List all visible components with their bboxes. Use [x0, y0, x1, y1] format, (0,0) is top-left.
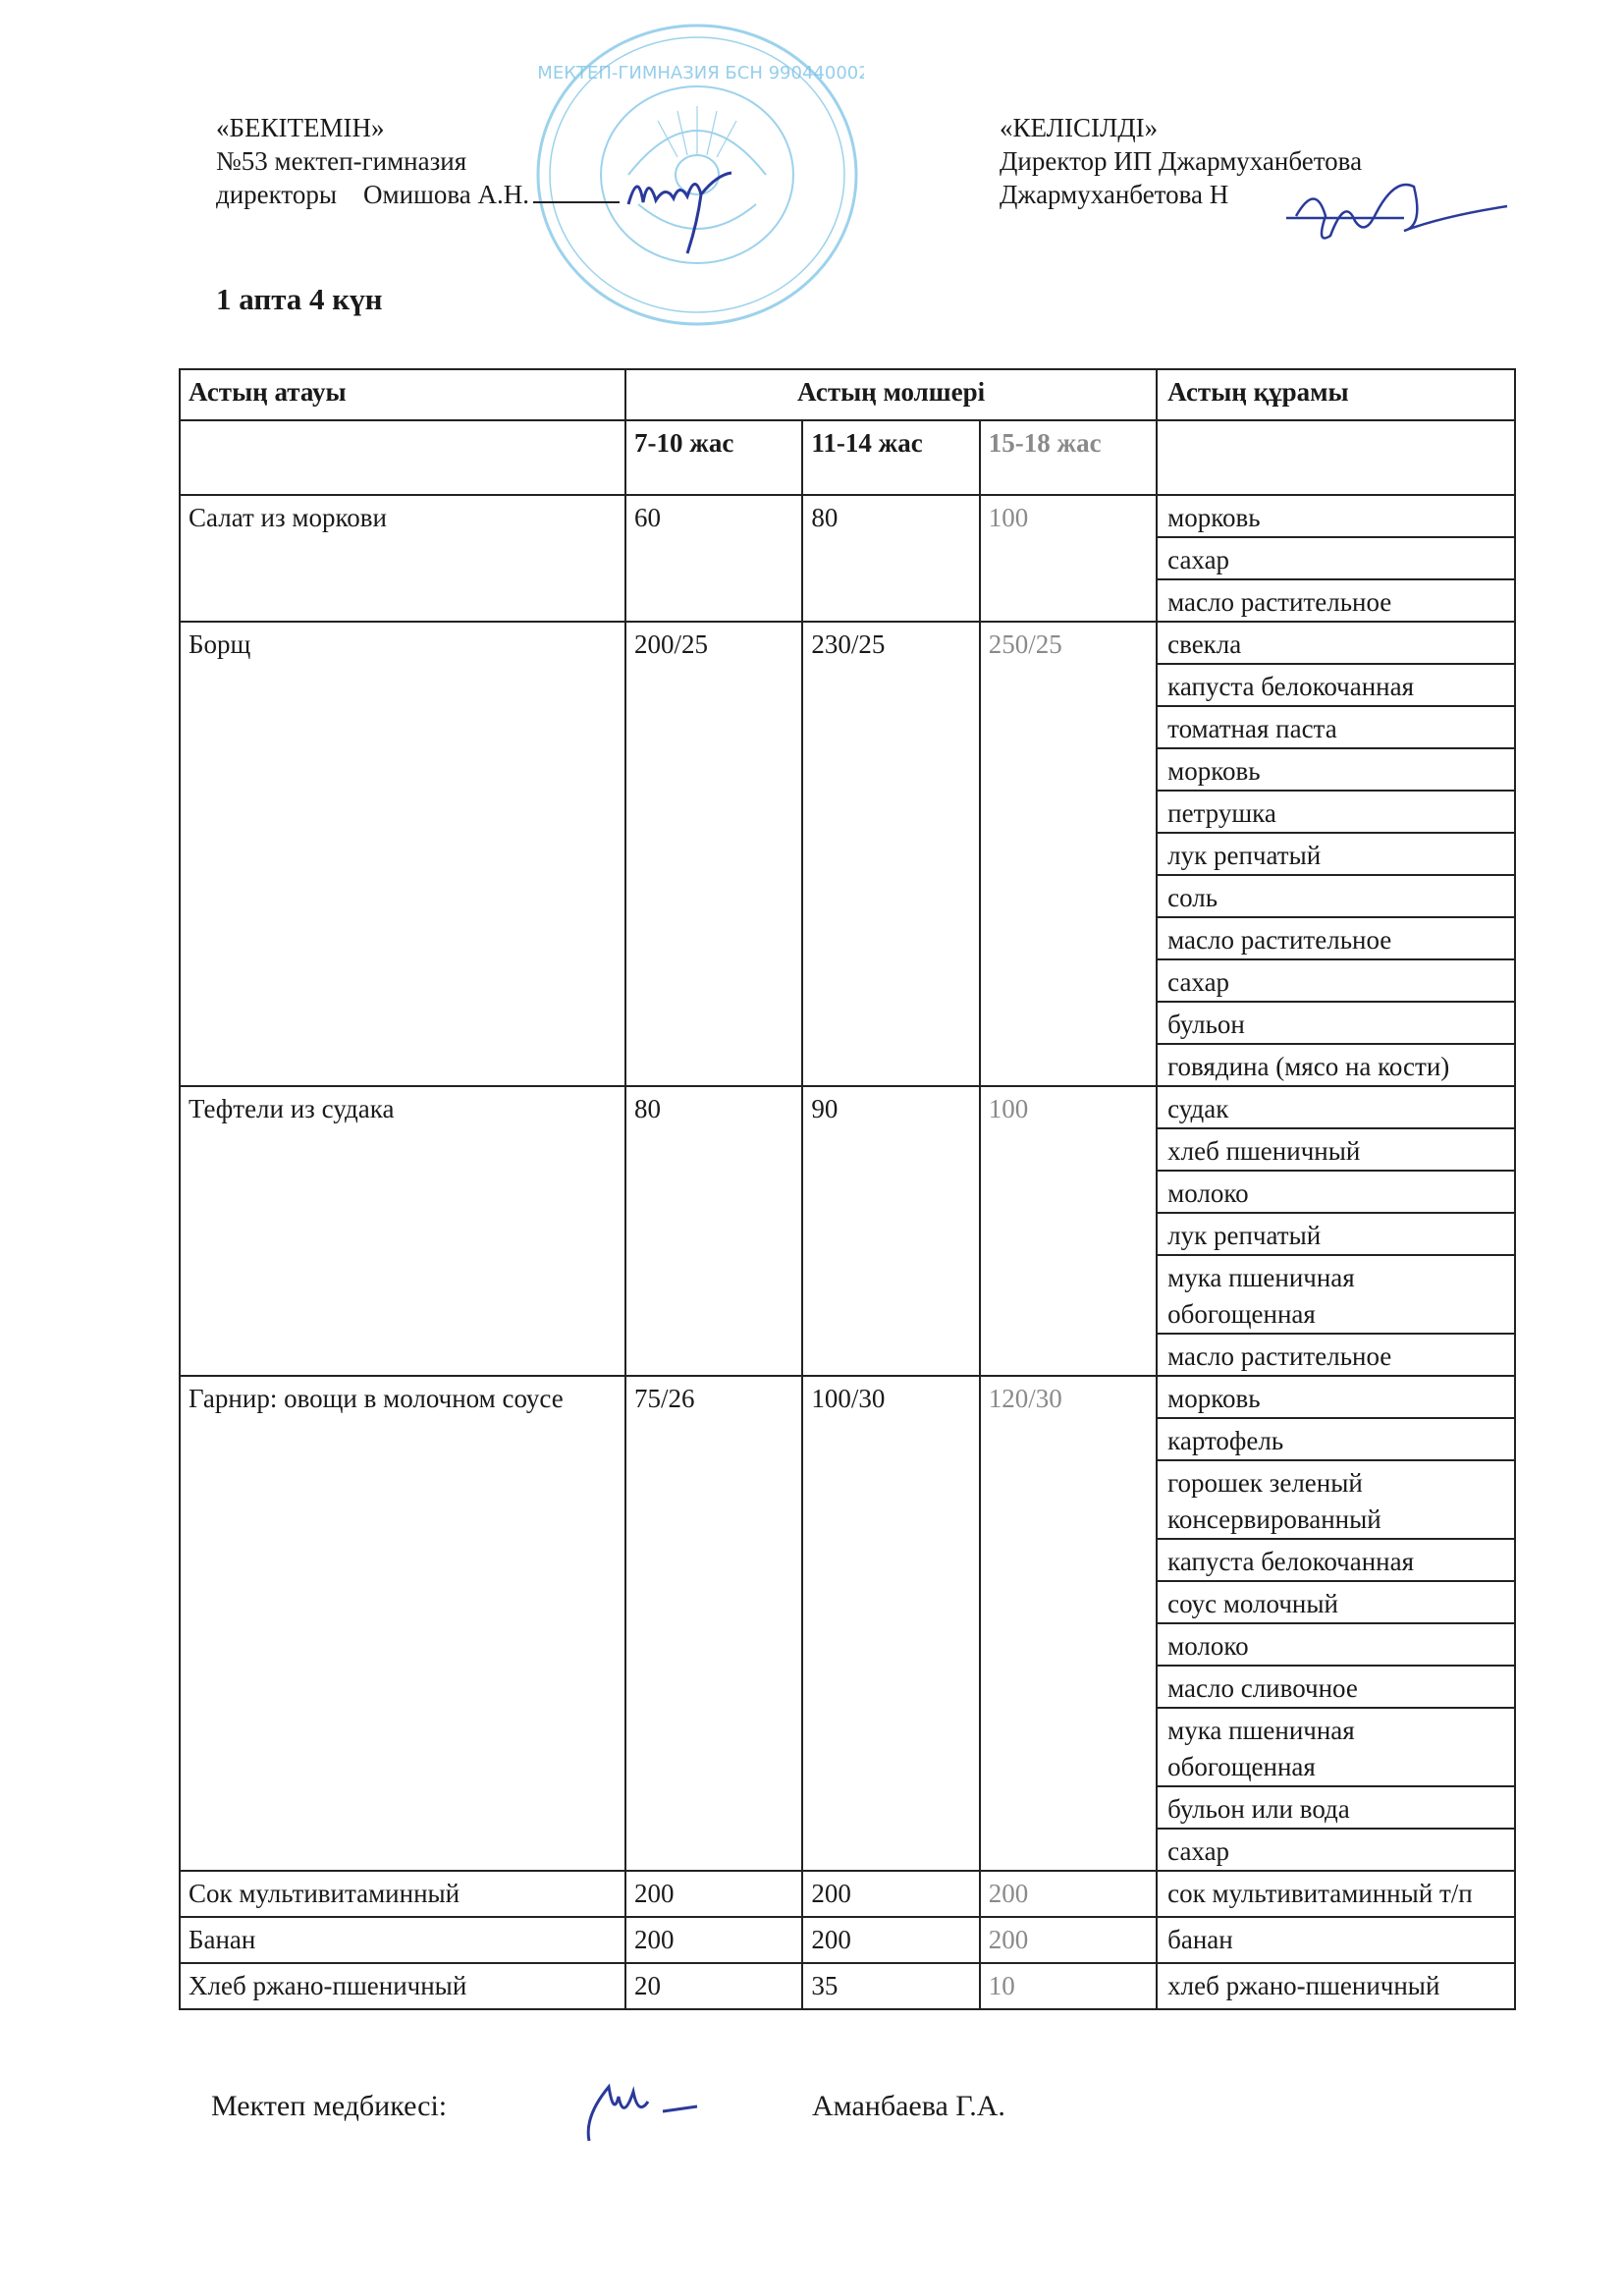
ingredient-list: банан [1157, 1917, 1515, 1963]
ingredient-item: масло растительное [1158, 1335, 1516, 1375]
ingredient-item: банан [1158, 1918, 1516, 1958]
agreement-name: Джармуханбетова Н [1000, 180, 1228, 209]
dish-name: Тефтели из судака [180, 1086, 625, 1376]
signature-line [533, 180, 620, 203]
ingredient-item: свекла [1158, 623, 1516, 665]
header-amount: Астың молшері [625, 369, 1157, 420]
ingredient-item: масло растительное [1158, 918, 1516, 960]
dish-amount: 80 [625, 1086, 802, 1376]
ingredient-item: сахар [1158, 538, 1516, 580]
dish-amount: 200 [980, 1917, 1157, 1963]
dish-amount: 200 [802, 1871, 979, 1917]
ingredient-item: сок мультивитаминный т/п [1158, 1872, 1516, 1912]
dish-amount: 75/26 [625, 1376, 802, 1871]
dish-name: Банан [180, 1917, 625, 1963]
ingredient-item: судак [1158, 1087, 1516, 1129]
table-row: Салат из моркови6080100морковьсахармасло… [180, 495, 1515, 622]
table-row: Банан200200200банан [180, 1917, 1515, 1963]
ingredient-item: хлеб пшеничный [1158, 1129, 1516, 1172]
approval-title: «БЕКІТЕМІН» [216, 111, 620, 144]
dish-name: Борщ [180, 622, 625, 1086]
ingredient-item: масло сливочное [1158, 1667, 1516, 1709]
menu-rows: Салат из моркови6080100морковьсахармасло… [180, 495, 1515, 2009]
ingredient-item: лук репчатый [1158, 834, 1516, 876]
dish-amount: 250/25 [980, 622, 1157, 1086]
ingredient-item: петрушка [1158, 792, 1516, 834]
approval-signer: директоры Омишова А.Н. [216, 178, 620, 211]
ingredient-item: капуста белокочанная [1158, 665, 1516, 707]
dish-amount: 100 [980, 495, 1157, 622]
approval-org: №53 мектеп-гимназия [216, 144, 620, 178]
ingredient-item: хлеб ржано-пшеничный [1158, 1964, 1516, 2004]
header-composition: Астың құрамы [1157, 369, 1515, 420]
ingredient-item: масло растительное [1158, 580, 1516, 621]
header-dish-name: Астың атауы [180, 369, 625, 420]
footer: Мектеп медбикесі: Аманбаева Г.А. [211, 2090, 447, 2123]
dish-amount: 200 [980, 1871, 1157, 1917]
ingredient-item: сахар [1158, 960, 1516, 1003]
svg-text:№53 МЕКТЕП-ГИМНАЗИЯ БСН 990440: №53 МЕКТЕП-ГИМНАЗИЯ БСН 990440002946 [530, 63, 864, 83]
approval-name: Омишова А.Н. [363, 180, 529, 209]
table-row: Тефтели из судака8090100судакхлеб пшенич… [180, 1086, 1515, 1376]
ingredient-item: морковь [1158, 496, 1516, 538]
approval-block: «БЕКІТЕМІН» №53 мектеп-гимназия директор… [216, 111, 620, 211]
dish-amount: 120/30 [980, 1376, 1157, 1871]
ingredient-item: соль [1158, 876, 1516, 918]
ingredient-item: капуста белокочанная [1158, 1540, 1516, 1582]
ingredient-item: молоко [1158, 1172, 1516, 1214]
dish-name: Хлеб ржано-пшеничный [180, 1963, 625, 2009]
ingredient-item: бульон [1158, 1003, 1516, 1045]
dish-amount: 100/30 [802, 1376, 979, 1871]
ingredient-item: соус молочный [1158, 1582, 1516, 1624]
table-row: Гарнир: овощи в молочном соусе75/26100/3… [180, 1376, 1515, 1871]
dish-amount: 90 [802, 1086, 979, 1376]
table-row: Хлеб ржано-пшеничный203510хлеб ржано-пше… [180, 1963, 1515, 2009]
ingredient-item: мука пшеничная обогощенная [1158, 1709, 1516, 1787]
nurse-name: Аманбаева Г.А. [812, 2090, 1005, 2123]
ingredient-item: томатная паста [1158, 707, 1516, 749]
director-signature-icon [619, 165, 736, 263]
ingredient-item: молоко [1158, 1624, 1516, 1667]
dish-amount: 200 [625, 1917, 802, 1963]
header-empty [180, 420, 625, 495]
agreement-signer: Джармуханбетова Н [1000, 178, 1362, 211]
dish-name: Гарнир: овощи в молочном соусе [180, 1376, 625, 1871]
nurse-signature-icon [579, 2077, 707, 2146]
nurse-label: Мектеп медбикесі: [211, 2090, 447, 2122]
dish-amount: 60 [625, 495, 802, 622]
dish-name: Салат из моркови [180, 495, 625, 622]
ingredient-item: горошек зеленый консервированный [1158, 1461, 1516, 1540]
ingredient-list: морковькартофельгорошек зеленый консерви… [1157, 1376, 1515, 1871]
ingredient-list: судакхлеб пшеничныймолоколук репчатыймук… [1157, 1086, 1515, 1376]
ingredient-list: хлеб ржано-пшеничный [1157, 1963, 1515, 2009]
age-group-11-14: 11-14 жас [802, 420, 979, 495]
table-row: Сок мультивитаминный200200200сок мультив… [180, 1871, 1515, 1917]
age-group-7-10: 7-10 жас [625, 420, 802, 495]
dish-amount: 35 [802, 1963, 979, 2009]
ingredient-list: свеклакапуста белокочаннаятоматная паста… [1157, 622, 1515, 1086]
ingredient-list: сок мультивитаминный т/п [1157, 1871, 1515, 1917]
ingredient-item: морковь [1158, 749, 1516, 792]
dish-amount: 200/25 [625, 622, 802, 1086]
agreement-title: «КЕЛІСІЛДІ» [1000, 111, 1362, 144]
ingredient-item: морковь [1158, 1377, 1516, 1419]
ingredient-item: бульон или вода [1158, 1787, 1516, 1830]
dish-amount: 200 [625, 1871, 802, 1917]
ingredient-item: картофель [1158, 1419, 1516, 1461]
dish-amount: 20 [625, 1963, 802, 2009]
table-row: Борщ200/25230/25250/25свеклакапуста бело… [180, 622, 1515, 1086]
ingredient-item: сахар [1158, 1830, 1516, 1870]
dish-amount: 230/25 [802, 622, 979, 1086]
ingredient-item: лук репчатый [1158, 1214, 1516, 1256]
dish-name: Сок мультивитаминный [180, 1871, 625, 1917]
day-title: 1 апта 4 күн [216, 282, 383, 317]
agreement-block: «КЕЛІСІЛДІ» Директор ИП Джармуханбетова … [1000, 111, 1362, 211]
ingredient-item: мука пшеничная обогощенная [1158, 1256, 1516, 1335]
ingredient-item: говядина (мясо на кости) [1158, 1045, 1516, 1085]
dish-amount: 80 [802, 495, 979, 622]
age-group-15-18: 15-18 жас [980, 420, 1157, 495]
menu-table: Астың атауы Астың молшері Астың құрамы 7… [179, 368, 1516, 2010]
dish-amount: 10 [980, 1963, 1157, 2009]
dish-amount: 100 [980, 1086, 1157, 1376]
dish-amount: 200 [802, 1917, 979, 1963]
agreement-role: Директор ИП Джармуханбетова [1000, 144, 1362, 178]
header-empty [1157, 420, 1515, 495]
ingredient-list: морковьсахармасло растительное [1157, 495, 1515, 622]
